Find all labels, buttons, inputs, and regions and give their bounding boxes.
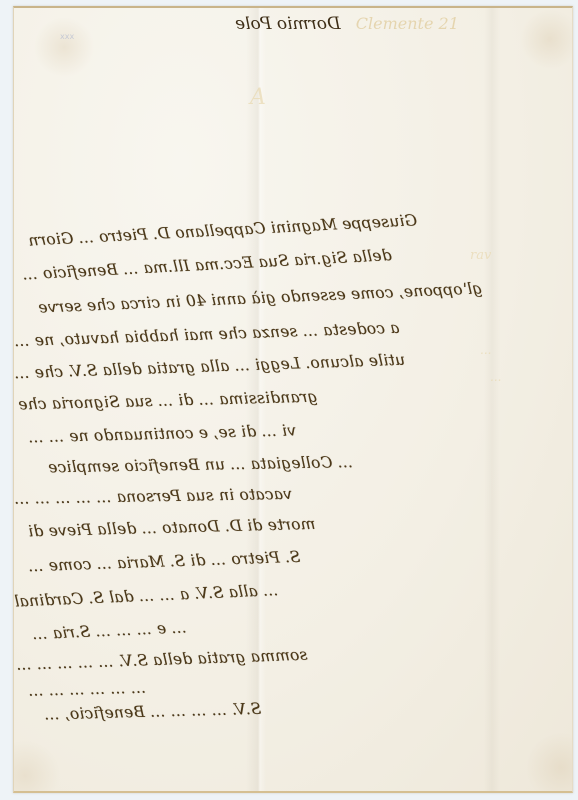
- letter-line: ... alla S.V. a ... ... dal S. Cardinal: [14, 573, 454, 610]
- letter-line: vi ... di se, e continuando ne ... ...: [28, 418, 438, 447]
- letter-line: della Sig.ria Sua Ecc.ma Ill.ma ... Bene…: [22, 242, 462, 283]
- document-scan: xxx Dormio Pole Clemente 21 A rav ... ..…: [0, 0, 578, 800]
- letter-body: Giuseppe Magnini Cappellano D. Pietro ..…: [0, 0, 578, 800]
- letter-line: S. Pietro ... di S. Maria ... come ...: [28, 543, 448, 576]
- letter-line: morte di D. Donato ... della Pieve di: [28, 512, 438, 541]
- letter-line: somma gratia della S.V. ... ... ... ... …: [16, 640, 466, 674]
- letter-line: grandissima ... di ... sua Signoria che: [18, 385, 438, 414]
- letter-line: Giuseppe Magnini Cappellano D. Pietro ..…: [28, 204, 548, 249]
- letter-line: utile alcuno. Leggi ... alla gratia dell…: [14, 350, 434, 383]
- letter-line: ... Collegiata ... un Beneficio semplice: [48, 452, 438, 477]
- letter-line: a codesta ... senza che mai habbia havut…: [14, 318, 424, 350]
- letter-line: gl'oppone, come essendo già anni 40 in c…: [38, 281, 438, 316]
- letter-line: vacato in sua Persona ... ... ... ... ..…: [14, 482, 444, 508]
- letter-line: S.V. ... ... ... ... Beneficio, ...: [44, 695, 464, 724]
- letter-line: ... e ... ... ... S.ria ...: [32, 607, 452, 643]
